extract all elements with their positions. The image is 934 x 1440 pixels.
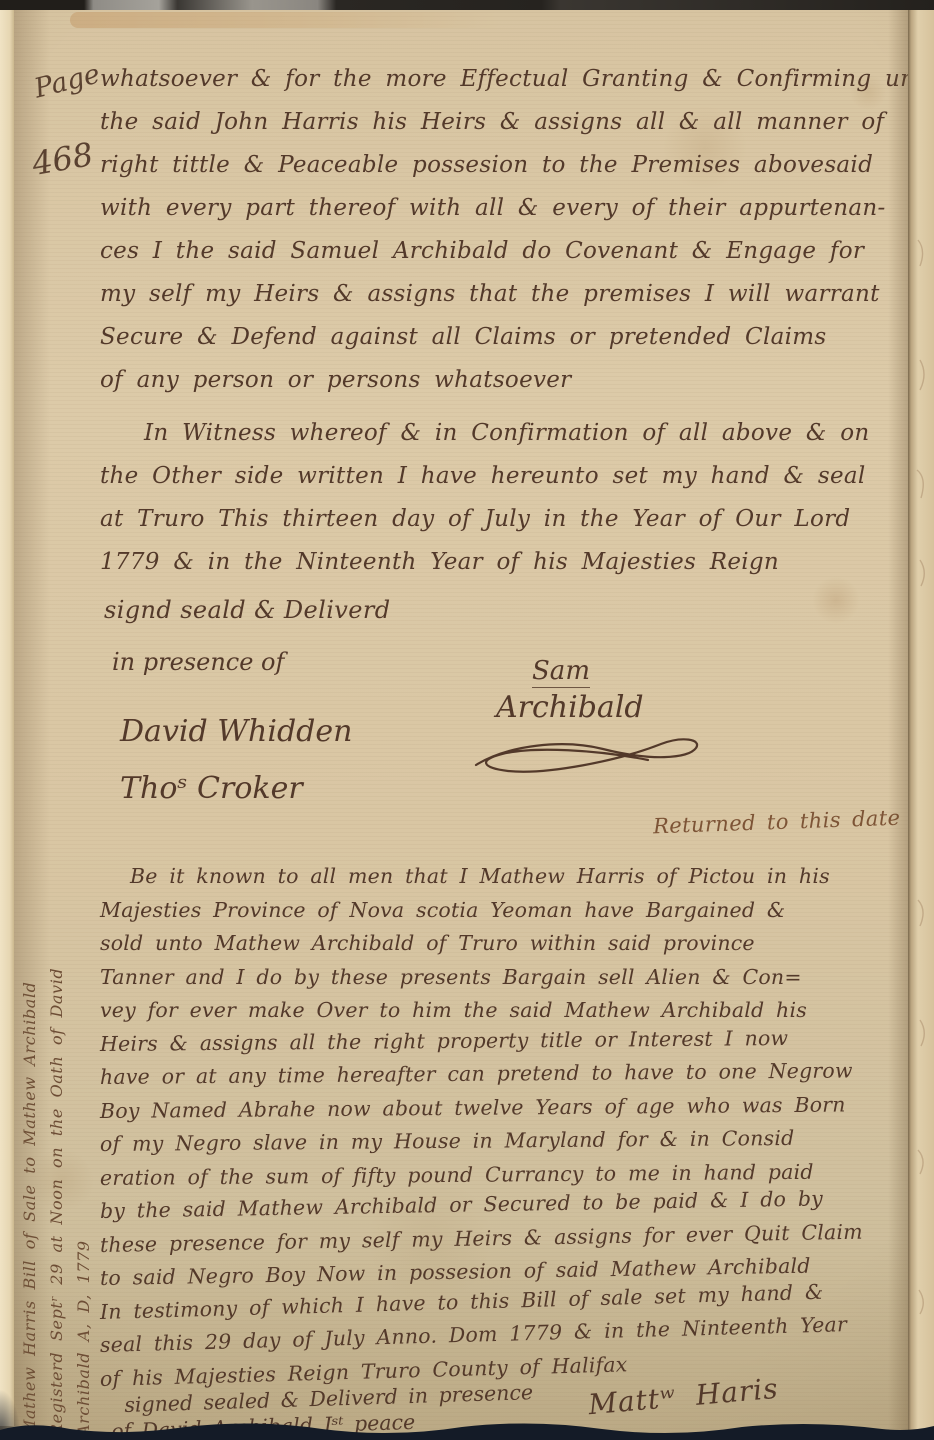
gutter-shadow: [14, 8, 50, 1426]
witness-name: David Whidden: [120, 714, 352, 749]
margin-note-line: Archibald A, D, 1779: [70, 764, 97, 1436]
text-line: the Other side written I have hereunto s…: [100, 455, 906, 498]
text-line: ces I the said Samuel Archibald do Coven…: [100, 230, 906, 273]
text-line: right tittle & Peaceable possesion to th…: [100, 144, 906, 187]
paper-smudge: [70, 12, 500, 28]
text-line: my self my Heirs & assigns that the prem…: [100, 273, 906, 316]
book-bottom-edge: [0, 1418, 934, 1440]
text-line: at Truro This thirteen day of July in th…: [100, 498, 906, 541]
bottom-deckle-wave: [0, 1418, 934, 1440]
samuel-archibald-signature: Sam Archibald: [496, 656, 708, 789]
signed-sealed-line: signd seald & Deliverd: [104, 596, 910, 624]
deed-text-column: whatsoever & for the more Effectual Gran…: [100, 58, 906, 1440]
text-line: of any person or persons whatsoever: [100, 359, 906, 402]
witness-name: Thoˢ Croker: [120, 771, 352, 806]
book-top-edge: [0, 0, 934, 10]
text-line: with every part thereof with all & every…: [100, 187, 906, 230]
deed1-witness-clause: In Witness whereof & in Confirmation of …: [100, 412, 906, 584]
bleedthrough-marks: [914, 0, 932, 1440]
deed1-body: whatsoever & for the more Effectual Gran…: [100, 58, 906, 402]
deed2-body: Be it known to all men that I Mathew Har…: [100, 860, 906, 1396]
text-line: Majesties Province of Nova scotia Yeoman…: [100, 894, 906, 928]
signature-last-name: Archibald: [496, 690, 708, 725]
next-page-sliver: [908, 0, 934, 1440]
binding-strip: [0, 8, 14, 1426]
manuscript-page: Page 468 Mathew Harris Bill of Sale to M…: [0, 0, 934, 1440]
text-line: sold unto Mathew Archibald of Truro with…: [100, 927, 906, 961]
text-line: Be it known to all men that I Mathew Har…: [100, 860, 906, 894]
signature-first-name: Sam: [532, 656, 590, 688]
text-line: In Witness whereof & in Confirmation of …: [100, 412, 906, 455]
presence-line: in presence of: [112, 648, 284, 676]
witness-names: David WhiddenThoˢ Croker: [120, 714, 352, 828]
signature-flourish: [468, 729, 708, 783]
text-line: Secure & Defend against all Claims or pr…: [100, 316, 906, 359]
text-line: Tanner and I do by these presents Bargai…: [100, 961, 906, 995]
text-line: the said John Harris his Heirs & assigns…: [100, 101, 906, 144]
text-line: 1779 & in the Ninteenth Year of his Maje…: [100, 541, 906, 584]
text-line: whatsoever & for the more Effectual Gran…: [100, 58, 906, 101]
page-edge-shadow: [888, 0, 908, 1440]
